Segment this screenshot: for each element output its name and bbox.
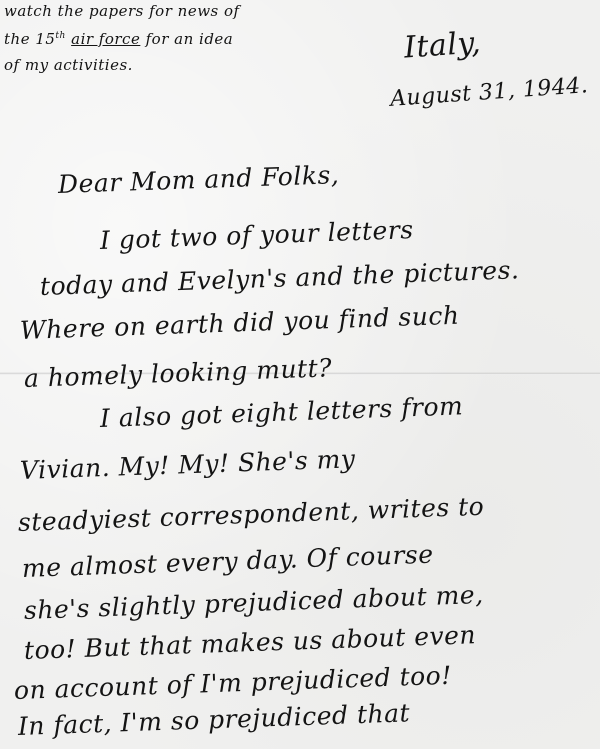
letter-place: Italy, <box>403 25 482 65</box>
postscript-underlined-text: air force <box>71 30 140 48</box>
postscript-line-2-pre: the 15 <box>4 30 55 48</box>
postscript-line-2-post: for an idea <box>146 30 234 48</box>
postscript-line-3: of my activities. <box>4 58 133 73</box>
postscript-line-1: watch the papers for news of <box>4 4 240 19</box>
postscript-ordinal: th <box>55 31 65 41</box>
postscript-line-2: the 15th air force for an idea <box>4 32 233 47</box>
